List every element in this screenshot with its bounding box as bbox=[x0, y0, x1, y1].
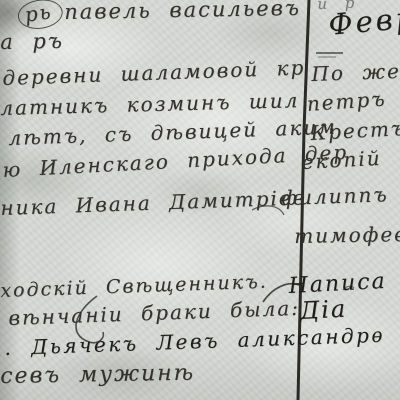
month-heading: Февр bbox=[327, 0, 400, 42]
manuscript-line-3-right: По жен bbox=[311, 58, 400, 86]
manuscript-line-9-left: ходскій Свѣщенникъ. bbox=[0, 271, 268, 302]
manuscript-line-10-right: Діа bbox=[299, 295, 348, 325]
circled-annotation: рь bbox=[16, 0, 64, 32]
manuscript-line-3-left: деревни шаламовой кр bbox=[2, 55, 306, 90]
manuscript-line-7-left: ника Ивана Дамитріев bbox=[0, 185, 307, 220]
manuscript-line-10-left: вѣнчаніи браки была: bbox=[8, 296, 300, 330]
manuscript-line-4-right: петръ bbox=[306, 86, 387, 116]
manuscript-line-12: севъ мужинѣ bbox=[0, 361, 195, 389]
manuscript-line-4-left: латникъ козминъ шил bbox=[0, 88, 300, 120]
manuscript-line-1-left: павель васильевъ bbox=[64, 0, 301, 24]
manuscript-line-7-right: филиппъ bbox=[281, 182, 389, 210]
manuscript-page-scan: рь павель васильевъ и р Февр а ръ деревн… bbox=[0, 0, 400, 400]
manuscript-line-2-left: а ръ bbox=[0, 29, 64, 54]
manuscript-line-8-right: тимофее bbox=[294, 222, 400, 248]
